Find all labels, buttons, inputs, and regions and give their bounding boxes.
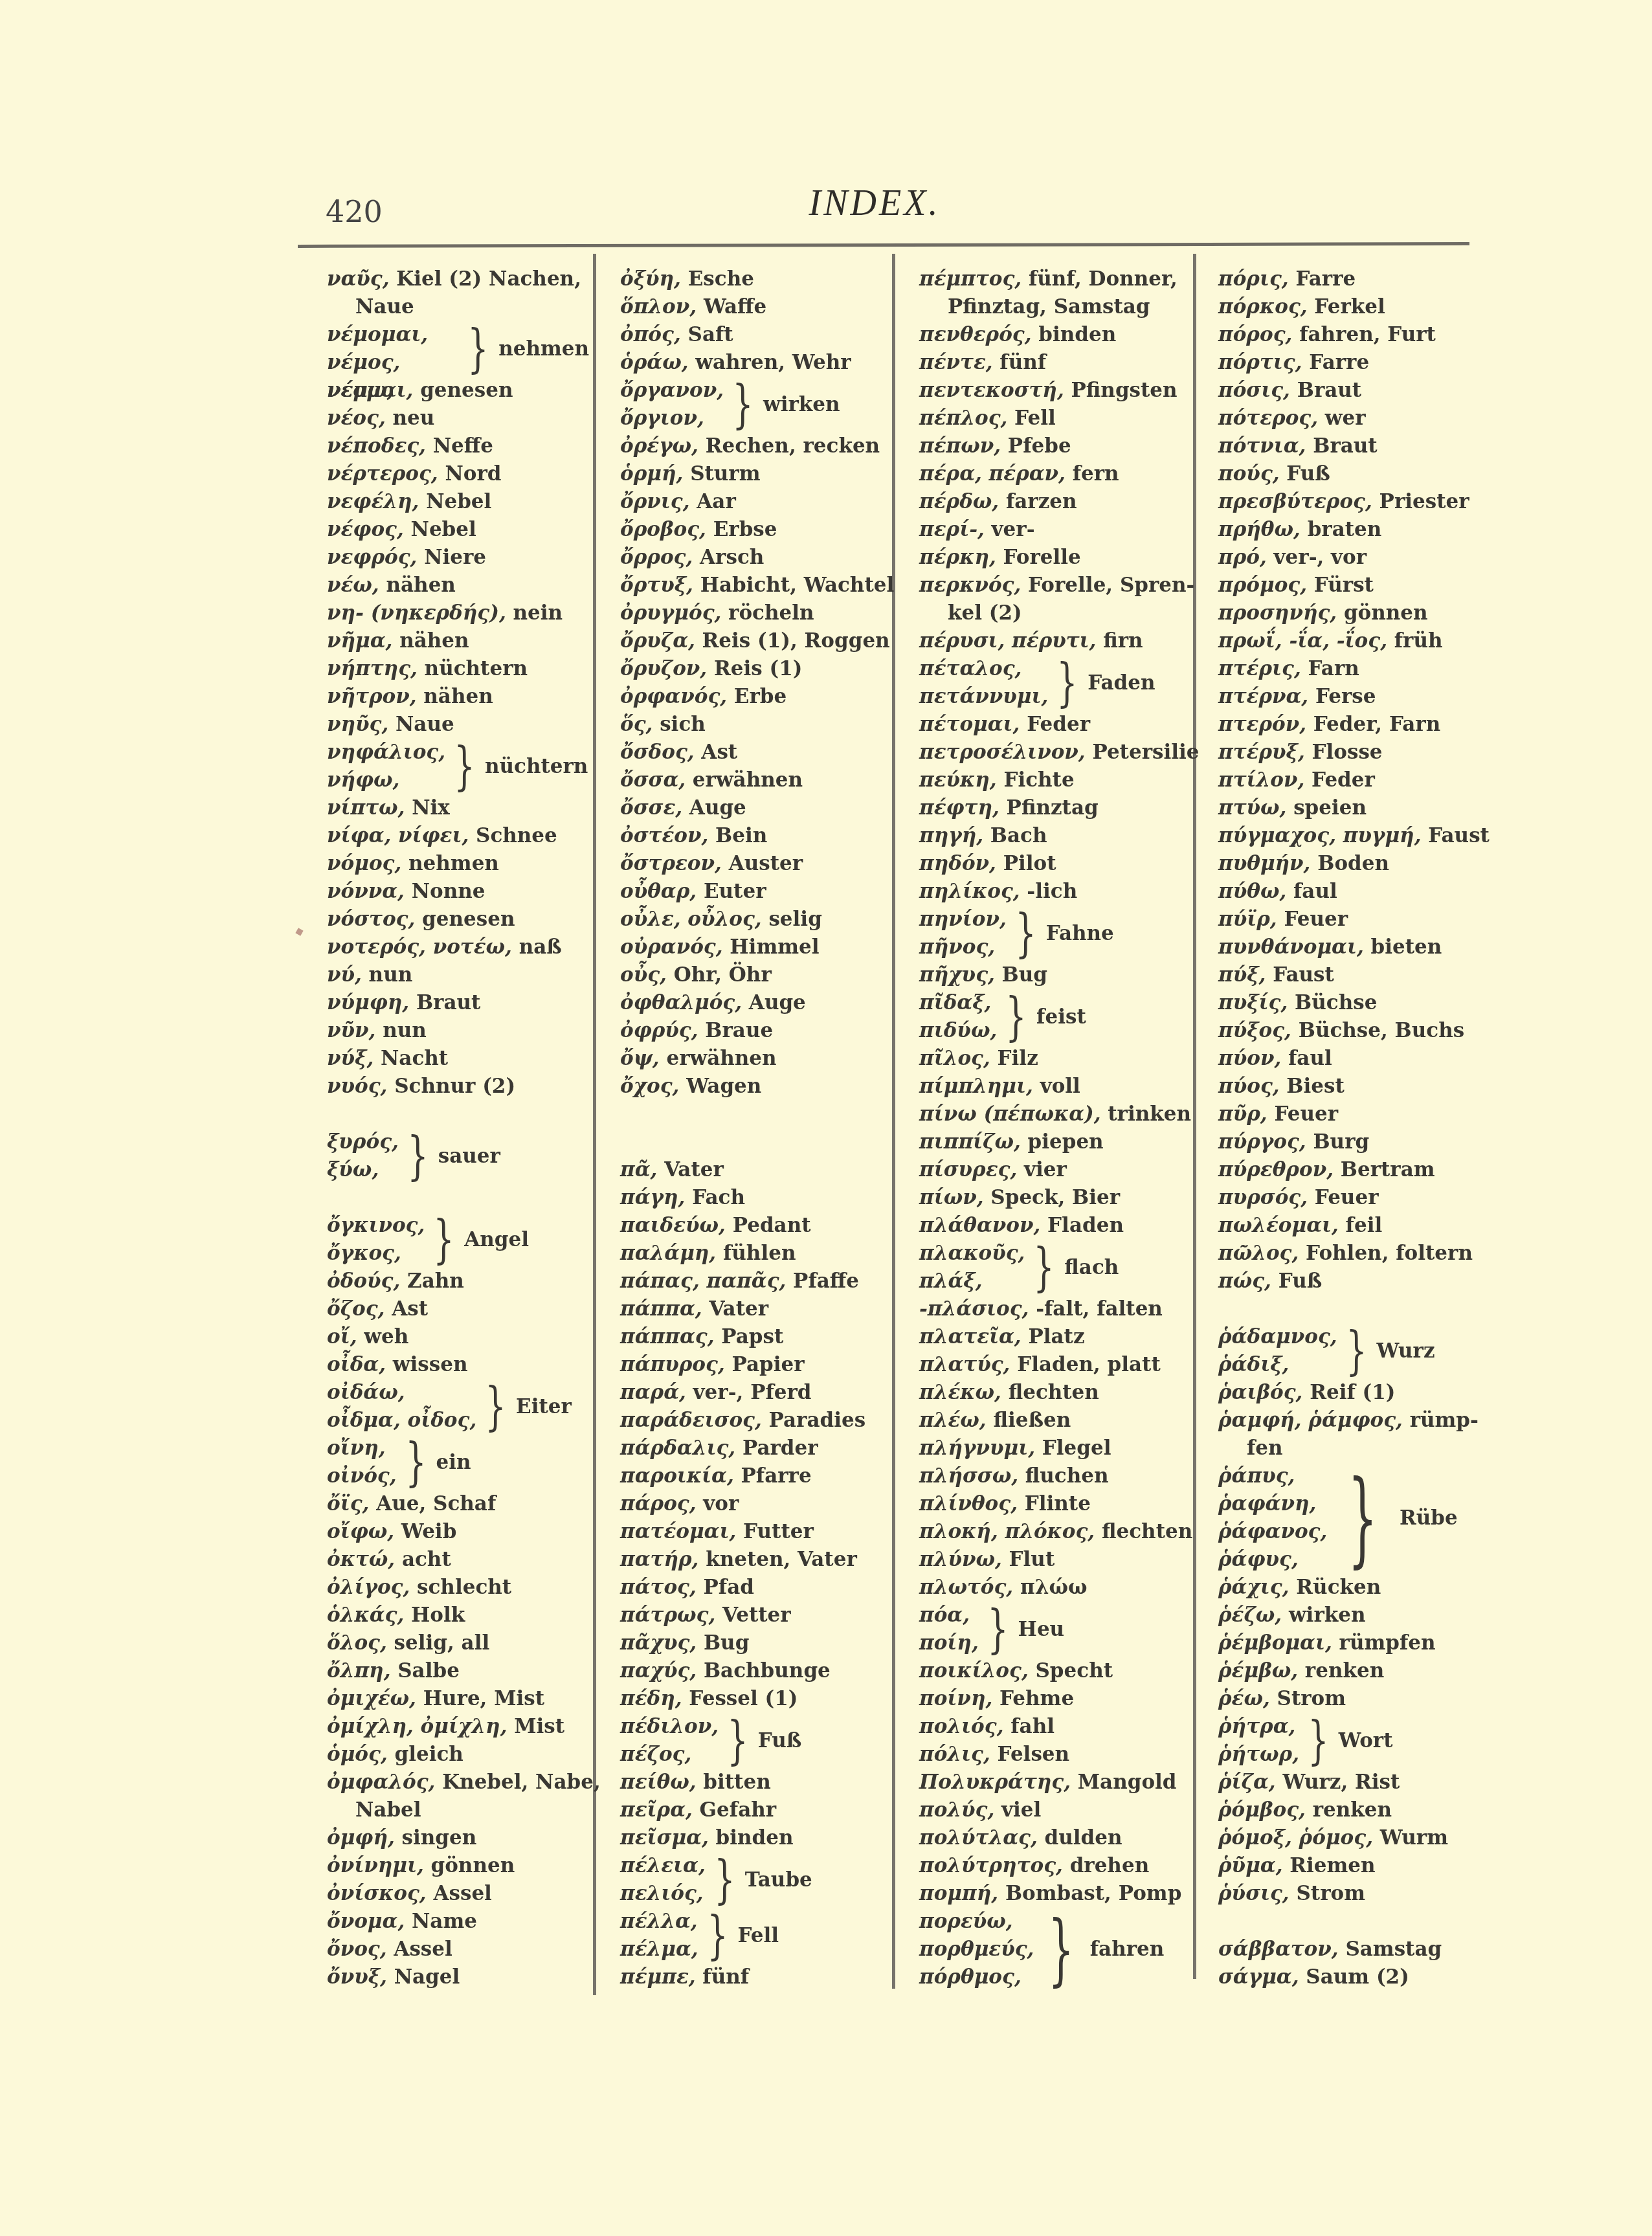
- greek-headword: οἴ,: [327, 1325, 357, 1348]
- greek-headword: πλατεῖα,: [919, 1325, 1021, 1348]
- greek-headword: πᾶχυς,: [620, 1631, 697, 1655]
- index-entry: νη- (νηκερδής), nein: [327, 599, 589, 627]
- german-gloss: Reis (1): [714, 657, 802, 680]
- german-gloss: Parder: [742, 1437, 818, 1460]
- index-entry: οἴφω, Weib: [327, 1518, 589, 1546]
- index-entry: πέτομαι, Feder: [919, 711, 1191, 739]
- index-entry: πάππα, Vater: [620, 1295, 889, 1323]
- greek-headword: πάρδαλις,: [620, 1437, 735, 1460]
- greek-headword: παλάμη,: [620, 1242, 716, 1265]
- index-entry: νῆμα, nähen: [327, 627, 589, 655]
- index-entry: ὀμιχέω, Hure, Mist: [327, 1685, 589, 1713]
- greek-headword: ὅς,: [620, 713, 653, 736]
- index-entry: νύμφη, Braut: [327, 989, 589, 1017]
- index-entry: πεῖσμα, binden: [620, 1824, 889, 1852]
- german-gloss: Angel: [464, 1226, 529, 1254]
- german-gloss: Platz: [1028, 1325, 1084, 1348]
- index-entry: ὀρυγμός, röcheln: [620, 599, 889, 627]
- index-entry: πλατεῖα, Platz: [919, 1323, 1191, 1351]
- german-gloss: Bach: [990, 824, 1047, 847]
- greek-headword: πελιός,: [620, 1880, 706, 1908]
- greek-headword: πυξίς,: [1218, 991, 1288, 1014]
- german-gloss: Naue: [355, 295, 414, 319]
- header-rule: [298, 242, 1469, 248]
- index-entry: πῆχυς, Bug: [919, 961, 1191, 989]
- german-gloss: Sturm: [690, 462, 760, 486]
- german-gloss: vier: [1024, 1158, 1067, 1181]
- index-entry: πόρος, fahren, Furt: [1218, 321, 1490, 349]
- greek-headword: πύρεθρον,: [1218, 1158, 1334, 1181]
- german-gloss: nähen: [386, 574, 455, 597]
- greek-headword: πῖλος,: [919, 1047, 990, 1070]
- right-brace-icon: }: [1005, 989, 1026, 1045]
- greek-headword: οὖς,: [620, 963, 667, 987]
- greek-headword: οἰδάω,: [327, 1379, 476, 1407]
- index-entry: πότερος, wer: [1218, 405, 1490, 432]
- index-entry: πέπων, Pfebe: [919, 432, 1191, 460]
- german-gloss: Aue, Schaf: [376, 1492, 496, 1515]
- index-entry: πύος, Biest: [1218, 1073, 1490, 1101]
- german-gloss: Schnee: [476, 824, 557, 847]
- greek-headword: ῥάφυς,: [1218, 1546, 1327, 1574]
- greek-headword: πέλεια,: [620, 1852, 706, 1880]
- greek-headword: ὄργανον,: [620, 377, 724, 405]
- greek-headword: ὀρφανός,: [620, 685, 727, 708]
- german-gloss: wirken: [1289, 1604, 1366, 1627]
- greek-headword: οὐρανός,: [620, 935, 723, 959]
- index-entry: πλατύς, Fladen, platt: [919, 1351, 1191, 1379]
- index-entry: πότνια, Braut: [1218, 432, 1490, 460]
- greek-headword: πρωΐ, -ΐα, -ΐος,: [1218, 629, 1387, 653]
- german-gloss: Nebel: [426, 490, 491, 513]
- german-gloss: Filz: [998, 1047, 1038, 1070]
- german-gloss: Braue: [705, 1019, 773, 1042]
- section-gap: [1218, 1908, 1490, 1936]
- german-gloss: Bachbunge: [704, 1659, 831, 1683]
- german-gloss: Feder: [1027, 713, 1090, 736]
- bracketed-entry-group: ῥάπυς,ῥαφάνη,ῥάφανος,ῥάφυς,}Rübe: [1218, 1462, 1490, 1574]
- right-brace-icon: }: [1034, 1240, 1055, 1295]
- index-entry: νύξ, Nacht: [327, 1045, 589, 1073]
- greek-headword: ὄσδος,: [620, 741, 695, 764]
- greek-headword: -πλάσιος,: [919, 1297, 1029, 1321]
- right-brace-icon: }: [1308, 1713, 1328, 1769]
- right-brace-icon: }: [987, 1602, 1008, 1657]
- german-gloss: gönnen: [1344, 601, 1428, 625]
- german-gloss: -lich: [1027, 880, 1077, 903]
- index-entry: πύργος, Burg: [1218, 1128, 1490, 1156]
- greek-headword: νέμος, νέμω,: [327, 349, 459, 377]
- greek-headword: ῥόμβος,: [1218, 1798, 1306, 1822]
- german-gloss: rümpfen: [1339, 1631, 1436, 1655]
- greek-headword: ποίνη,: [919, 1687, 992, 1710]
- greek-headword: πέλλα,: [620, 1908, 698, 1936]
- right-brace-icon: }: [1015, 906, 1036, 961]
- greek-headword: πόρθμος,: [919, 1963, 1034, 1991]
- greek-headword: παρά,: [620, 1381, 686, 1404]
- index-entry: νόστος, genesen: [327, 906, 589, 934]
- greek-headword: πύργος,: [1218, 1130, 1306, 1154]
- german-gloss: Flosse: [1312, 741, 1382, 764]
- greek-headword: πλίνθος,: [919, 1492, 1018, 1515]
- german-gloss: Waffe: [704, 295, 766, 319]
- greek-headword: ῥάφανος,: [1218, 1518, 1327, 1546]
- index-entry: ὀστέον, Bein: [620, 822, 889, 850]
- column-divider-1: [593, 254, 596, 1995]
- german-gloss: wer: [1325, 407, 1366, 430]
- greek-headword: ὄρρος,: [620, 546, 693, 569]
- entry-continuation: Pfinztag, Samstag: [919, 293, 1191, 321]
- index-entry: ὄσσε, Auge: [620, 794, 889, 822]
- greek-headword: πλήγνυμι,: [919, 1437, 1035, 1460]
- greek-headword: πλωτός,: [919, 1576, 1013, 1599]
- greek-headword: ῥήτρα,: [1218, 1713, 1299, 1741]
- greek-headword: ὄψ,: [620, 1047, 660, 1070]
- index-entry: πύξος, Büchse, Buchs: [1218, 1017, 1490, 1045]
- greek-headword: πέρδω,: [919, 490, 999, 513]
- greek-headword: πατήρ,: [620, 1548, 698, 1571]
- right-brace-icon: }: [407, 1128, 428, 1184]
- greek-headword: νύμφη,: [327, 991, 409, 1014]
- german-gloss: Specht: [1035, 1659, 1113, 1683]
- greek-headword: πίμπλημι,: [919, 1075, 1033, 1098]
- index-entry: ὀκτώ, acht: [327, 1546, 589, 1574]
- greek-headword: πτίλον,: [1218, 768, 1304, 792]
- german-gloss: renken: [1313, 1798, 1392, 1822]
- greek-headword: ὄϊς,: [327, 1492, 369, 1515]
- index-entry: πολύτρητος, drehen: [919, 1852, 1191, 1880]
- german-gloss: Papst: [721, 1325, 783, 1348]
- greek-headword: ῥάδαμνος,: [1218, 1323, 1337, 1351]
- greek-headword: πορθμεύς,: [919, 1936, 1034, 1963]
- index-entry: ὀρφανός, Erbe: [620, 683, 889, 711]
- greek-headword: πολύτρητος,: [919, 1854, 1063, 1877]
- german-gloss: Wurz: [1376, 1337, 1434, 1365]
- german-gloss: Wort: [1339, 1727, 1393, 1755]
- german-gloss: Ferse: [1315, 685, 1376, 708]
- german-gloss: voll: [1040, 1075, 1080, 1098]
- index-entry: πομπή, Bombast, Pomp: [919, 1880, 1191, 1908]
- german-gloss: feil: [1346, 1214, 1383, 1237]
- greek-headword: ὀξύη,: [620, 267, 681, 291]
- index-entry: πλήγνυμι, Flegel: [919, 1435, 1191, 1462]
- greek-headword: πάτρως,: [620, 1604, 715, 1627]
- german-gloss: dulden: [1045, 1826, 1122, 1850]
- index-entry: νυός, Schnur (2): [327, 1073, 589, 1101]
- greek-headword: ὄρυζον,: [620, 657, 707, 680]
- index-column-4: πόρις, Farreπόρκος, Ferkelπόρος, fahren,…: [1218, 265, 1490, 1991]
- greek-headword: πέρυσι, πέρυτι,: [919, 629, 1096, 653]
- german-gloss: nähen: [399, 629, 469, 653]
- greek-headword: ῥάχις,: [1218, 1576, 1289, 1599]
- german-gloss: braten: [1308, 518, 1382, 541]
- german-gloss: Flut: [1009, 1548, 1055, 1571]
- index-entry: ὄστρεον, Auster: [620, 850, 889, 878]
- index-entry: πάπας, παπᾶς, Pfaffe: [620, 1268, 889, 1295]
- german-gloss: piepen: [1028, 1130, 1104, 1154]
- index-entry: ὄψ, erwähnen: [620, 1045, 889, 1073]
- greek-headword: ῥαιβός,: [1218, 1381, 1302, 1404]
- greek-headword: πέρκη,: [919, 546, 996, 569]
- greek-headword: νυός,: [327, 1075, 387, 1098]
- german-gloss: Fuß: [758, 1727, 802, 1755]
- index-entry: πρόμος, Fürst: [1218, 572, 1490, 599]
- german-gloss: Saft: [688, 323, 733, 346]
- german-gloss: Pedant: [733, 1214, 811, 1237]
- german-gloss: singen: [402, 1826, 477, 1850]
- index-entry: ὀξύη, Esche: [620, 265, 889, 293]
- german-gloss: Pfaffe: [793, 1269, 859, 1293]
- german-gloss: selig: [768, 908, 821, 931]
- greek-headword: ῥαμφή, ῥάμφος,: [1218, 1409, 1403, 1432]
- greek-headword: πάππα,: [620, 1297, 702, 1321]
- index-entry: πενθερός, binden: [919, 321, 1191, 349]
- german-gloss: Heu: [1018, 1616, 1065, 1644]
- german-gloss: neu: [393, 407, 435, 430]
- german-gloss: Weib: [401, 1520, 456, 1543]
- greek-headword: ῥίζα,: [1218, 1771, 1276, 1794]
- greek-headword: νύξ,: [327, 1047, 374, 1070]
- index-entry: πίσυρες, vier: [919, 1156, 1191, 1184]
- index-entry: πτύω, speien: [1218, 794, 1490, 822]
- greek-headword: οἶδμα, οἶδος,: [327, 1407, 476, 1435]
- greek-headword: πυνθάνομαι,: [1218, 935, 1364, 959]
- index-entry: ῥέμβομαι, rümpfen: [1218, 1629, 1490, 1657]
- index-entry: πείθω, bitten: [620, 1769, 889, 1796]
- right-brace-icon: }: [732, 377, 753, 432]
- german-gloss: Pfinztag: [1007, 796, 1099, 820]
- german-gloss: Rechen, recken: [706, 434, 880, 458]
- index-entry: οἶδα, wissen: [327, 1351, 589, 1379]
- bracketed-entry-group: πορεύω,πορθμεύς,πόρθμος,}fahren: [919, 1908, 1191, 1991]
- german-gloss: ein: [436, 1449, 471, 1477]
- greek-headword: πύϊρ,: [1218, 908, 1277, 931]
- german-gloss: flechten: [1102, 1520, 1192, 1543]
- greek-headword: οἰνός,: [327, 1462, 397, 1490]
- german-gloss: kneten, Vater: [706, 1548, 857, 1571]
- index-entry: πίνω (πέπωκα), trinken: [919, 1101, 1191, 1128]
- entry-continuation: kel (2): [919, 599, 1191, 627]
- index-entry: ὄνομα, Name: [327, 1908, 589, 1936]
- index-entry: πέρυσι, πέρυτι, firn: [919, 627, 1191, 655]
- german-gloss: sauer: [438, 1143, 500, 1170]
- index-entry: πλήσσω, fluchen: [919, 1462, 1191, 1490]
- index-entry: πυξίς, Büchse: [1218, 989, 1490, 1017]
- index-entry: ὁράω, wahren, Wehr: [620, 349, 889, 377]
- index-entry: ῥέζω, wirken: [1218, 1602, 1490, 1629]
- german-gloss: Ferkel: [1314, 295, 1385, 319]
- german-gloss: acht: [402, 1548, 451, 1571]
- index-entry: πετροσέλινον, Petersilie: [919, 739, 1191, 766]
- german-gloss: Habicht, Wachtel: [700, 574, 895, 597]
- index-entry: περκνός, Forelle, Spren-: [919, 572, 1191, 599]
- greek-headword: ὄζος,: [327, 1297, 385, 1321]
- greek-headword: πεῖσμα,: [620, 1826, 709, 1850]
- german-gloss: Niere: [424, 546, 486, 569]
- german-gloss: speien: [1293, 796, 1367, 820]
- greek-headword: νεφέλη,: [327, 490, 419, 513]
- german-gloss: Hure, Mist: [423, 1687, 544, 1710]
- german-gloss: Faust: [1428, 824, 1490, 847]
- index-entry: πέντε, fünf: [919, 349, 1191, 377]
- index-entry: πύξ, Faust: [1218, 961, 1490, 989]
- index-entry: παροικία, Pfarre: [620, 1462, 889, 1490]
- greek-headword: ὀρυγμός,: [620, 601, 721, 625]
- index-entry: πόρτις, Farre: [1218, 349, 1490, 377]
- index-entry: πεντεκοστή, Pfingsten: [919, 377, 1191, 405]
- index-entry: πάππας, Papst: [620, 1323, 889, 1351]
- german-gloss: fließen: [993, 1409, 1071, 1432]
- greek-headword: ὄροβος,: [620, 518, 706, 541]
- german-gloss: Priester: [1379, 490, 1469, 513]
- greek-headword: νόννα,: [327, 880, 405, 903]
- greek-headword: πῦρ,: [1218, 1102, 1267, 1126]
- greek-headword: πάτος,: [620, 1576, 697, 1599]
- greek-headword: ὄσσα,: [620, 768, 686, 792]
- index-entry: ὀρέγω, Rechen, recken: [620, 432, 889, 460]
- index-entry: πλύνω, Flut: [919, 1546, 1191, 1574]
- bracketed-entry-group: πέλλα,πέλμα,}Fell: [620, 1908, 889, 1963]
- greek-headword: πετροσέλινον,: [919, 741, 1086, 764]
- greek-headword: ὄστρεον,: [620, 852, 722, 875]
- german-gloss: Mangold: [1078, 1771, 1177, 1794]
- german-gloss: Knebel, Nabe,: [442, 1771, 601, 1794]
- greek-headword: ὄνος,: [327, 1938, 387, 1961]
- german-gloss: Ast: [392, 1297, 428, 1321]
- greek-headword: ναῦς,: [327, 267, 390, 291]
- greek-headword: ποικίλος,: [919, 1659, 1029, 1683]
- german-gloss: Vater: [709, 1297, 768, 1321]
- german-gloss: Auster: [729, 852, 803, 875]
- german-gloss: Bein: [715, 824, 767, 847]
- german-gloss: kel (2): [948, 601, 1022, 625]
- greek-headword: νήπτης,: [327, 657, 418, 680]
- german-gloss: renken: [1305, 1659, 1384, 1683]
- greek-headword: πολιός,: [919, 1715, 1003, 1738]
- german-gloss: fahl: [1010, 1715, 1055, 1738]
- german-gloss: Faden: [1088, 669, 1155, 697]
- greek-headword: πορεύω,: [919, 1908, 1034, 1936]
- greek-headword: ξυρός,: [327, 1128, 399, 1156]
- greek-headword: πτερόν,: [1218, 713, 1306, 736]
- greek-headword: πτύω,: [1218, 796, 1286, 820]
- german-gloss: firn: [1103, 629, 1143, 653]
- index-entry: πόρκος, Ferkel: [1218, 293, 1490, 321]
- greek-headword: νέομαι,: [327, 379, 413, 402]
- german-gloss: Eiter: [516, 1393, 572, 1421]
- bracketed-entry-group: πηνίον,πῆνος,}Fahne: [919, 906, 1191, 961]
- german-gloss: Petersilie: [1092, 741, 1199, 764]
- german-gloss: nein: [513, 601, 563, 625]
- german-gloss: Auge: [689, 796, 746, 820]
- bracketed-entry-group: ὄργανον,ὄργιον,}wirken: [620, 377, 889, 432]
- german-gloss: Bertram: [1341, 1158, 1435, 1181]
- german-gloss: Gefahr: [700, 1798, 777, 1822]
- greek-headword: νέποδες,: [327, 434, 426, 458]
- greek-headword: ὁλκάς,: [327, 1604, 404, 1627]
- german-gloss: nun: [383, 1019, 427, 1042]
- index-entry: πλέω, fließen: [919, 1407, 1191, 1435]
- greek-headword: ῥήτωρ,: [1218, 1741, 1299, 1769]
- german-gloss: Fichte: [1003, 768, 1074, 792]
- german-gloss: nüchtern: [485, 753, 588, 781]
- index-entry: πτέρνα, Ferse: [1218, 683, 1490, 711]
- german-gloss: schlecht: [417, 1576, 511, 1599]
- greek-headword: νῆμα,: [327, 629, 392, 653]
- index-entry: πόσις, Braut: [1218, 377, 1490, 405]
- german-gloss: Ohr, Öhr: [674, 963, 772, 987]
- index-entry: ὀπός, Saft: [620, 321, 889, 349]
- right-brace-icon: }: [1348, 1462, 1378, 1574]
- index-entry: ὄρνις, Aar: [620, 488, 889, 516]
- german-gloss: fern: [1073, 462, 1119, 486]
- german-gloss: Pilot: [1003, 852, 1056, 875]
- german-gloss: binden: [1038, 323, 1116, 346]
- index-entry: πυρσός, Feuer: [1218, 1184, 1490, 1212]
- index-entry: πολύτλας, dulden: [919, 1824, 1191, 1852]
- german-gloss: Strom: [1296, 1882, 1365, 1905]
- index-entry: πάρος, vor: [620, 1490, 889, 1518]
- german-gloss: Nord: [445, 462, 501, 486]
- index-entry: πέφτη, Pfinztag: [919, 794, 1191, 822]
- index-entry: νήπτης, nüchtern: [327, 655, 589, 683]
- german-gloss: Wurz, Rist: [1282, 1771, 1400, 1794]
- greek-headword: ὀδούς,: [327, 1269, 400, 1293]
- index-entry: ὄζος, Ast: [327, 1295, 589, 1323]
- german-gloss: genesen: [420, 379, 513, 402]
- greek-headword: οἴφω,: [327, 1520, 394, 1543]
- german-gloss: Himmel: [730, 935, 819, 959]
- greek-headword: ποίη,: [919, 1629, 979, 1657]
- german-gloss: Wagen: [686, 1075, 761, 1098]
- german-gloss: Biest: [1286, 1075, 1344, 1098]
- index-entry: ποικίλος, Specht: [919, 1657, 1191, 1685]
- german-gloss: Bug: [1002, 963, 1047, 987]
- greek-headword: πλέκω,: [919, 1381, 1001, 1404]
- greek-headword: παροικία,: [620, 1464, 734, 1488]
- german-gloss: ver-, vor: [1274, 546, 1367, 569]
- index-entry: ὄρρος, Arsch: [620, 544, 889, 572]
- german-gloss: Büchse, Buchs: [1299, 1019, 1465, 1042]
- index-entry: νῆτρον, nähen: [327, 683, 589, 711]
- greek-headword: νόστος,: [327, 908, 415, 931]
- bracketed-entry-group: ξυρός,ξύω,}sauer: [327, 1128, 589, 1184]
- right-brace-icon: }: [714, 1852, 735, 1908]
- index-entry: Πολυκράτης, Mangold: [919, 1769, 1191, 1796]
- right-brace-icon: }: [727, 1713, 748, 1769]
- greek-headword: πέταλος,: [919, 655, 1048, 683]
- greek-headword: πρήθω,: [1218, 518, 1300, 541]
- index-column-1: ναῦς, Kiel (2) Nachen,Naueνέμομαι,νέμος,…: [327, 265, 589, 1991]
- greek-headword: Πολυκράτης,: [919, 1771, 1071, 1794]
- greek-headword: ὀμιχέω,: [327, 1687, 416, 1710]
- bracketed-entry-group: ῥάδαμνος,ῥάδιξ,}Wurz: [1218, 1323, 1490, 1379]
- german-gloss: gönnen: [431, 1854, 515, 1877]
- greek-headword: πρόμος,: [1218, 574, 1307, 597]
- greek-headword: πέφτη,: [919, 796, 999, 820]
- greek-headword: ῥαφάνη,: [1218, 1490, 1327, 1518]
- index-entry: ὄρτυξ, Habicht, Wachtel: [620, 572, 889, 599]
- index-entry: ῥέμβω, renken: [1218, 1657, 1490, 1685]
- index-entry: πέπλος, Fell: [919, 405, 1191, 432]
- german-gloss: wissen: [393, 1353, 468, 1376]
- greek-headword: παχύς,: [620, 1659, 697, 1683]
- greek-headword: πίσυρες,: [919, 1158, 1017, 1181]
- greek-headword: πηνίον,: [919, 906, 1007, 934]
- greek-headword: πυθμήν,: [1218, 852, 1310, 875]
- german-gloss: Nonne: [412, 880, 486, 903]
- index-entry: νίπτω, Nix: [327, 794, 589, 822]
